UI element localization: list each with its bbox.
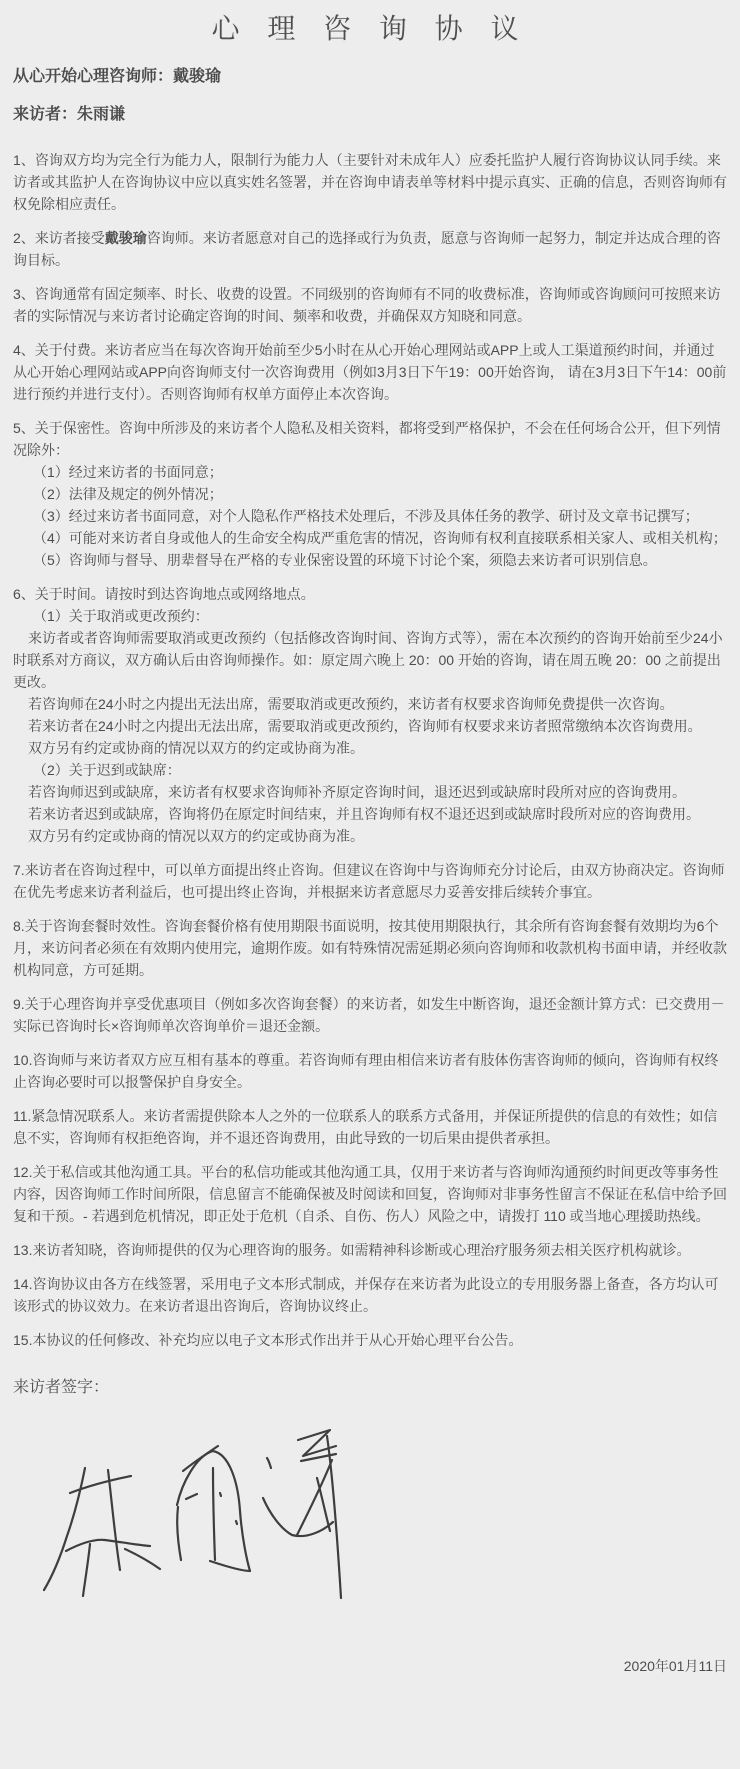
clause: 4、关于付费。来访者应当在每次咨询开始前至少5小时在从心开始心理网站或APP上或… — [13, 339, 727, 405]
clause-line: （2）关于迟到或缺席： — [13, 759, 727, 781]
clause: 8.关于咨询套餐时效性。咨询套餐价格有使用期限书面说明，按其使用期限执行，其余所… — [13, 915, 727, 981]
clause-line: 6、关于时间。请按时到达咨询地点或网络地点。 — [13, 583, 727, 605]
clause-line: 若咨询师迟到或缺席，来访者有权要求咨询师补齐原定咨询时间，退还迟到或缺席时段所对… — [13, 781, 727, 803]
clause-line: 14.咨询协议由各方在线签署，采用电子文本形式制成，并保存在来访者为此设立的专用… — [13, 1273, 727, 1317]
clause-line: 9.关于心理咨询并享受优惠项目（例如多次咨询套餐）的来访者，如发生中断咨询，退还… — [13, 993, 727, 1037]
clause: 11.紧急情况联系人。来访者需提供除本人之外的一位联系人的联系方式备用，并保证所… — [13, 1105, 727, 1149]
clause: 7.来访者在咨询过程中，可以单方面提出终止咨询。但建议在咨询中与咨询师充分讨论后… — [13, 859, 727, 903]
clause: 14.咨询协议由各方在线签署，采用电子文本形式制成，并保存在来访者为此设立的专用… — [13, 1273, 727, 1317]
clauses: 1、咨询双方均为完全行为能力人，限制行为能力人（主要针对未成年人）应委托监护人履… — [13, 149, 727, 1351]
agreement-document: 心 理 咨 询 协 议 从心开始心理咨询师：戴骏瑜 来访者：朱雨谦 1、咨询双方… — [0, 0, 740, 1769]
clause: 10.咨询师与来访者双方应互相有基本的尊重。若咨询师有理由相信来访者有肢体伤害咨… — [13, 1049, 727, 1093]
clause-line: 来访者或者咨询师需要取消或更改预约（包括修改咨询时间、咨询方式等），需在本次预约… — [13, 627, 727, 693]
clause-line: 4、关于付费。来访者应当在每次咨询开始前至少5小时在从心开始心理网站或APP上或… — [13, 339, 727, 405]
clause-line: （3）经过来访者书面同意，对个人隐私作严格技术处理后，不涉及具体任务的教学、研讨… — [13, 505, 727, 527]
clause-line: （4）可能对来访者自身或他人的生命安全构成严重危害的情况，咨询师有权利直接联系相… — [13, 527, 727, 549]
clause: 6、关于时间。请按时到达咨询地点或网络地点。（1）关于取消或更改预约：来访者或者… — [13, 583, 727, 847]
date: 2020年01月11日 — [13, 1656, 727, 1676]
handwritten-signature-icon — [43, 1423, 343, 1608]
clause-line: 2、来访者接受戴骏瑜咨询师。来访者愿意对自己的选择或行为负责，愿意与咨询师一起努… — [13, 227, 727, 271]
clause-line: 11.紧急情况联系人。来访者需提供除本人之外的一位联系人的联系方式备用，并保证所… — [13, 1105, 727, 1149]
clause-line: 3、咨询通常有固定频率、时长、收费的设置。不同级别的咨询师有不同的收费标准，咨询… — [13, 283, 727, 327]
clause-line: 5、关于保密性。咨询中所涉及的来访者个人隐私及相关资料，都将受到严格保护，不会在… — [13, 417, 727, 461]
clause-line: 13.来访者知晓，咨询师提供的仅为心理咨询的服务。如需精神科诊断或心理治疗服务须… — [13, 1239, 727, 1261]
clause-line: 15.本协议的任何修改、补充均应以电子文本形式作出并于从心开始心理平台公告。 — [13, 1329, 727, 1351]
clause-line: 12.关于私信或其他沟通工具。平台的私信功能或其他沟通工具，仅用于来访者与咨询师… — [13, 1161, 727, 1227]
clause-line: （5）咨询师与督导、朋辈督导在严格的专业保密设置的环境下讨论个案，须隐去来访者可… — [13, 549, 727, 571]
clause-line: 双方另有约定或协商的情况以双方的约定或协商为准。 — [13, 825, 727, 847]
clause-line: 8.关于咨询套餐时效性。咨询套餐价格有使用期限书面说明，按其使用期限执行，其余所… — [13, 915, 727, 981]
clause-line: 若咨询师在24小时之内提出无法出席，需要取消或更改预约，来访者有权要求咨询师免费… — [13, 693, 727, 715]
clause-line: 1、咨询双方均为完全行为能力人，限制行为能力人（主要针对未成年人）应委托监护人履… — [13, 149, 727, 215]
clause-line: 10.咨询师与来访者双方应互相有基本的尊重。若咨询师有理由相信来访者有肢体伤害咨… — [13, 1049, 727, 1093]
clause-line: 若来访者在24小时之内提出无法出席，需要取消或更改预约，咨询师有权要求来访者照常… — [13, 715, 727, 737]
signature-label: 来访者签字： — [13, 1377, 727, 1399]
clause: 1、咨询双方均为完全行为能力人，限制行为能力人（主要针对未成年人）应委托监护人履… — [13, 149, 727, 215]
client-line: 来访者：朱雨谦 — [13, 104, 727, 125]
clause: 5、关于保密性。咨询中所涉及的来访者个人隐私及相关资料，都将受到严格保护，不会在… — [13, 417, 727, 571]
signature — [43, 1423, 343, 1608]
clause: 2、来访者接受戴骏瑜咨询师。来访者愿意对自己的选择或行为负责，愿意与咨询师一起努… — [13, 227, 727, 271]
counselor-line: 从心开始心理咨询师：戴骏瑜 — [13, 66, 727, 87]
clause: 9.关于心理咨询并享受优惠项目（例如多次咨询套餐）的来访者，如发生中断咨询，退还… — [13, 993, 727, 1037]
clause-line: （2）法律及规定的例外情况； — [13, 483, 727, 505]
clause-line: （1）关于取消或更改预约： — [13, 605, 727, 627]
clause-line: 双方另有约定或协商的情况以双方的约定或协商为准。 — [13, 737, 727, 759]
clause: 3、咨询通常有固定频率、时长、收费的设置。不同级别的咨询师有不同的收费标准，咨询… — [13, 283, 727, 327]
clause: 15.本协议的任何修改、补充均应以电子文本形式作出并于从心开始心理平台公告。 — [13, 1329, 727, 1351]
clause-line: 若来访者迟到或缺席，咨询将仍在原定时间结束，并且咨询师有权不退还迟到或缺席时段所… — [13, 803, 727, 825]
clause: 12.关于私信或其他沟通工具。平台的私信功能或其他沟通工具，仅用于来访者与咨询师… — [13, 1161, 727, 1227]
clause-line: 7.来访者在咨询过程中，可以单方面提出终止咨询。但建议在咨询中与咨询师充分讨论后… — [13, 859, 727, 903]
clause: 13.来访者知晓，咨询师提供的仅为心理咨询的服务。如需精神科诊断或心理治疗服务须… — [13, 1239, 727, 1261]
clause-line: （1）经过来访者的书面同意； — [13, 461, 727, 483]
page-title: 心 理 咨 询 协 议 — [13, 12, 727, 46]
